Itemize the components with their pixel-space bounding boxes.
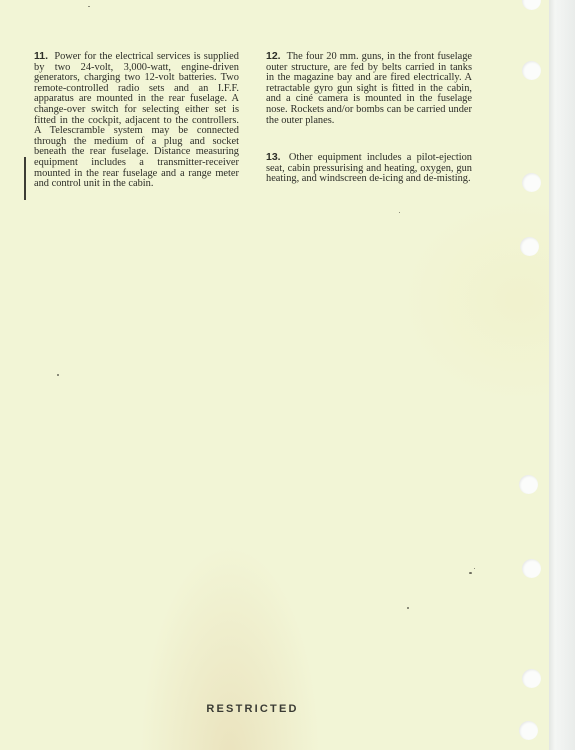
paper-speck	[474, 568, 475, 569]
paragraph-11: 11. Power for the electrical services is…	[34, 51, 239, 190]
binder-hole	[522, 669, 541, 688]
restricted-footer: RESTRICTED	[0, 703, 505, 715]
paragraph-12: 12. The four 20 mm. guns, in the front f…	[266, 51, 472, 126]
paragraph-number: 12.	[266, 50, 281, 62]
binder-hole	[520, 237, 539, 256]
left-column: 11. Power for the electrical services is…	[34, 51, 239, 190]
binder-hole	[522, 559, 541, 578]
paragraph-text: The four 20 mm. guns, in the front fusel…	[266, 51, 472, 126]
paragraph-13: 13. Other equipment includes a pilot-eje…	[266, 152, 472, 185]
binder-hole	[519, 475, 538, 494]
page-edge	[549, 0, 575, 750]
right-column: 12. The four 20 mm. guns, in the front f…	[266, 51, 472, 185]
paper-speck	[88, 6, 90, 7]
paper-speck	[469, 572, 472, 574]
binder-hole	[522, 61, 541, 80]
binder-hole	[522, 173, 541, 192]
paper-speck	[407, 607, 409, 609]
paper-speck	[57, 374, 59, 376]
change-marker-bar	[24, 157, 26, 200]
document-page: 11. Power for the electrical services is…	[0, 0, 549, 750]
binder-hole	[519, 721, 538, 740]
paragraph-text: Other equipment includes a pilot-ejectio…	[266, 152, 472, 184]
paragraph-number: 13.	[266, 151, 281, 163]
paper-speck	[399, 212, 400, 213]
paragraph-text: Power for the electrical services is sup…	[34, 51, 239, 189]
paragraph-number: 11.	[34, 50, 48, 62]
